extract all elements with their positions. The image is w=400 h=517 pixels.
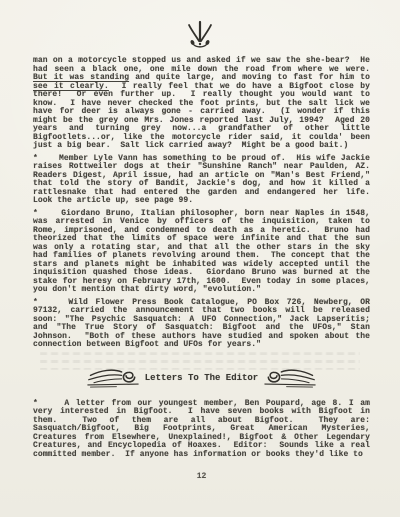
letters-section-title: Letters To The Editor [145, 373, 258, 383]
body-paragraph: * Wild Flower Press Book Catalogue, PO B… [33, 299, 370, 350]
text-line: Look the article up, see page 99. [33, 197, 370, 206]
page-body: man on a motorcycle stopped us and asked… [33, 57, 370, 481]
text-line: connection between Bigfoot and UFOs for … [33, 341, 370, 350]
body-paragraph: * Member Lyle Vann has something to be p… [33, 155, 370, 206]
body-paragraph: * Giordano Bruno, Italian philosopher, b… [33, 210, 370, 295]
fleuron-sprig-down-icon [183, 20, 217, 52]
top-ornament [0, 20, 400, 52]
body-paragraph: man on a motorcycle stopped us and asked… [33, 57, 370, 151]
text-line: committed member. If anyone has informat… [33, 451, 370, 460]
letter-paragraph: * A letter from our youngest member, Ben… [33, 400, 370, 460]
text-line: you don't mention that dirty word, "evol… [33, 286, 370, 295]
text-line: just a big bear. Salt lick carried away?… [33, 142, 370, 151]
scan-bleedthrough-artifact [40, 352, 360, 370]
scanned-newsletter-page: man on a motorcycle stopped us and asked… [0, 0, 400, 517]
page-number: 12 [33, 472, 370, 481]
